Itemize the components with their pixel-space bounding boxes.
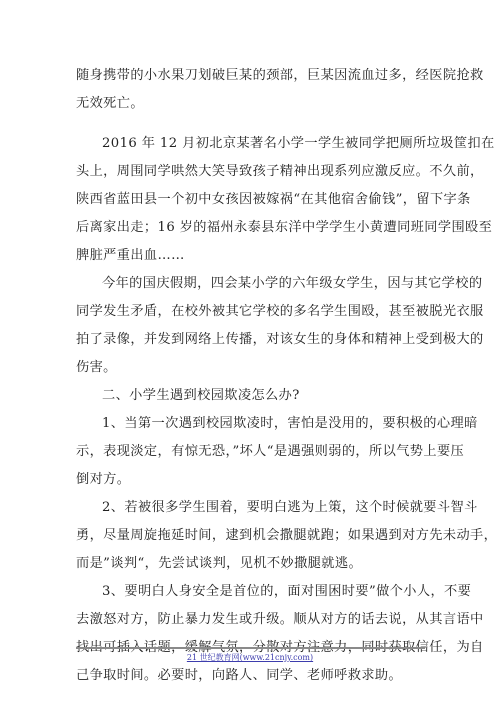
text-line: 脾脏严重出血…… bbox=[76, 242, 424, 270]
heading-text: 二、小学生遇到校园欺凌怎么办? bbox=[76, 382, 424, 410]
footer-source-link[interactable]: 21 世纪教育网(www.21cnjy.com) bbox=[0, 652, 500, 663]
document-page: 随身携带的小水果刀划破巨某的颈部，巨某因流血过多，经医院抢救 无效死亡。 201… bbox=[76, 62, 424, 690]
text-line: 随身携带的小水果刀划破巨某的颈部，巨某因流血过多，经医院抢救 bbox=[76, 62, 424, 90]
section-heading: 二、小学生遇到校园欺凌怎么办? bbox=[76, 382, 424, 410]
paragraph-beijing-case: 2016 年 12 月初北京某著名小学一学生被同学把厕所垃圾筐扣在 头上，周围同… bbox=[76, 130, 424, 270]
text-line: 后离家出走；16 岁的福州永泰县东洋中学学生小黄遭同班同学围殴至 bbox=[76, 214, 424, 242]
text-line: 2、若被很多学生围着，要明白逃为上策，这个时候就要斗智斗 bbox=[76, 494, 424, 522]
list-item-1: 1、当第一次遇到校园欺凌时，害怕是没用的，要积极的心理暗 示，表现淡定，有惊无恐… bbox=[76, 410, 424, 494]
text-line: 拍了录像，并发到网络上传播，对该女生的身体和精神上受到极大的 bbox=[76, 326, 424, 354]
text-line: 无效死亡。 bbox=[76, 90, 424, 118]
text-line: 示，表现淡定，有惊无恐，”坏人“是遇强则弱的，所以气势上要压 bbox=[76, 438, 424, 466]
text-line: 同学发生矛盾，在校外被其它学校的多名学生围殴，甚至被脱光衣服 bbox=[76, 298, 424, 326]
text-line: 勇，尽量周旋拖延时间，逮到机会撒腿就跑；如果遇到对方先未动手， bbox=[76, 522, 424, 550]
text-line: 去激怒对方，防止暴力发生或升级。顺从对方的话去说，从其言语中 bbox=[76, 606, 424, 634]
text-line: 陕西省蓝田县一个初中女孩因被嫁祸“在其他宿舍偷钱”，留下字条 bbox=[76, 186, 424, 214]
text-line: 而是”谈判“，先尝试谈判，见机不妙撒腿就逃。 bbox=[76, 550, 424, 578]
text-line: 1、当第一次遇到校园欺凌时，害怕是没用的，要积极的心理暗 bbox=[76, 410, 424, 438]
list-item-2: 2、若被很多学生围着，要明白逃为上策，这个时候就要斗智斗 勇，尽量周旋拖延时间，… bbox=[76, 494, 424, 578]
footer-divider bbox=[76, 647, 425, 649]
text-line: 2016 年 12 月初北京某著名小学一学生被同学把厕所垃圾筐扣在 bbox=[76, 130, 424, 158]
paragraph-continuation: 随身携带的小水果刀划破巨某的颈部，巨某因流血过多，经医院抢救 无效死亡。 bbox=[76, 62, 424, 118]
text-line: 倒对方。 bbox=[76, 466, 424, 494]
text-line: 头上，周围同学哄然大笑导致孩子精神出现系列应激反应。不久前， bbox=[76, 158, 424, 186]
list-item-3: 3、要明白人身安全是首位的，面对围困时要”做个小人，不要 去激怒对方，防止暴力发… bbox=[76, 578, 424, 690]
paragraph-sihui-case: 今年的国庆假期，四会某小学的六年级女学生，因与其它学校的 同学发生矛盾，在校外被… bbox=[76, 270, 424, 382]
text-line: 己争取时间。必要时，向路人、同学、老师呼救求助。 bbox=[76, 662, 424, 690]
text-line: 3、要明白人身安全是首位的，面对围困时要”做个小人，不要 bbox=[76, 578, 424, 606]
text-line: 伤害。 bbox=[76, 354, 424, 382]
text-line: 今年的国庆假期，四会某小学的六年级女学生，因与其它学校的 bbox=[76, 270, 424, 298]
